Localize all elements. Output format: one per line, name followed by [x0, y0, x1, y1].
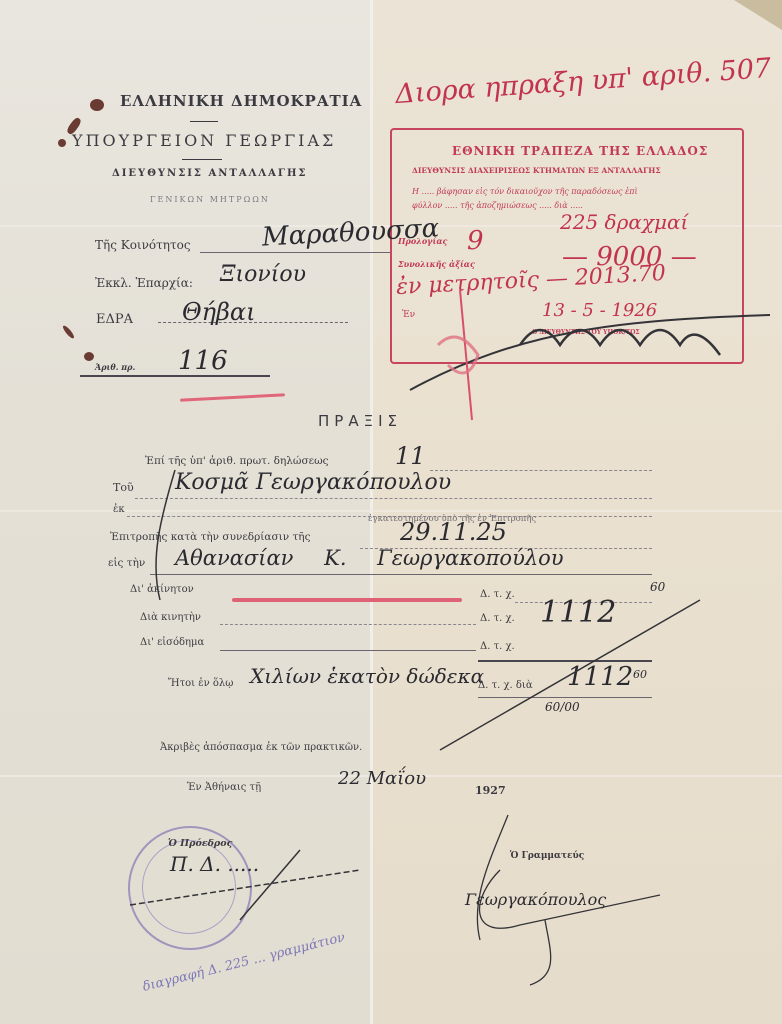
- handwriting-strokes: [0, 0, 782, 1024]
- document-page: ΕΛΛΗΝΙΚΗ ΔΗΜΟΚΡΑΤΙΑ ΥΠΟΥΡΓΕΙΟΝ ΓΕΩΡΓΙΑΣ …: [0, 0, 782, 1024]
